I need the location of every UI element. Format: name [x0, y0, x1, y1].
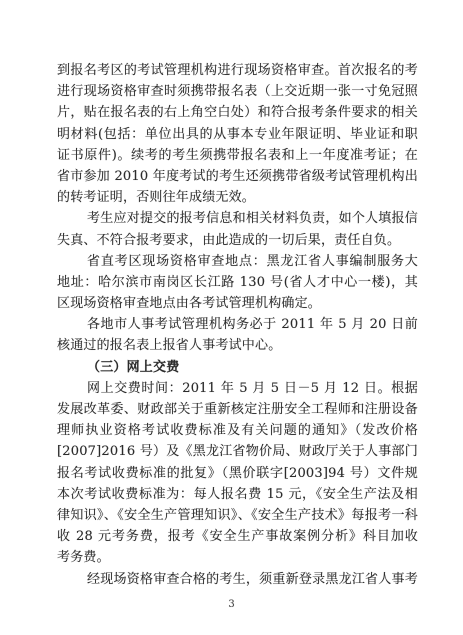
- text-line: 理师执业资格考试收费标准及有关问题的通知》（发改价格: [57, 420, 418, 441]
- text-line: 区现场资格审查地点由各考试管理机构确定。: [57, 293, 418, 314]
- text-line: 证书原件)。续考的考生须携带报名表和上一年度准考证；在外: [57, 145, 418, 166]
- text-line: 报名考试收费标准的批复》（黑价联字[2003]94 号）文件规定，: [57, 463, 418, 484]
- text-line: 核通过的报名表上报省人事考试中心。: [57, 335, 418, 356]
- text-line: 收 28 元考务费，报考《安全生产事故案例分析》科目加收 32 元: [57, 526, 418, 547]
- page-number: 3: [0, 598, 463, 612]
- text-line: 进行现场资格审查时须携带报名表（上交近期一张一寸免冠照: [57, 81, 418, 102]
- paragraph: 各地市人事考试管理机构务必于 2011 年 5 月 20 日前将审 核通过的报名…: [57, 314, 418, 356]
- paragraph: 到报名考区的考试管理机构进行现场资格审查。首次报名的考生 进行现场资格审查时须携…: [57, 60, 418, 208]
- text-line: 各地市人事考试管理机构务必于 2011 年 5 月 20 日前将审: [57, 314, 418, 335]
- document-page: 到报名考区的考试管理机构进行现场资格审查。首次报名的考生 进行现场资格审查时须携…: [0, 0, 463, 635]
- text-line: 失真、不符合报考要求，由此造成的一切后果，责任自负。: [57, 230, 418, 251]
- text-line: 省市参加 2010 年度考试的考生还须携带省级考试管理机构出具: [57, 166, 418, 187]
- text-line: [2007]2016 号）及《黑龙江省物价局、财政厅关于人事部门资格: [57, 441, 418, 462]
- paragraph: 省直考区现场资格审查地点：黑龙江省人事编制服务大厅， 地址：哈尔滨市南岗区长江路…: [57, 251, 418, 315]
- paragraph: 考生应对提交的报考信息和相关材料负责，如个人填报信息 失真、不符合报考要求，由此…: [57, 208, 418, 250]
- paragraph: 经现场资格审查合格的考生，须重新登录黑龙江省人事考试: [57, 569, 418, 590]
- section: （三）网上交费: [57, 357, 418, 378]
- text-line: 明材料(包括：单位出具的从事本专业年限证明、毕业证和职称: [57, 124, 418, 145]
- text-line: 的转考证明，否则往年成绩无效。: [57, 187, 418, 208]
- paragraph: 网上交费时间：2011 年 5 月 5 日－5 月 12 日。根据《国家 发展改…: [57, 378, 418, 569]
- text-line: 省直考区现场资格审查地点：黑龙江省人事编制服务大厅，: [57, 251, 418, 272]
- text-line: 考生应对提交的报考信息和相关材料负责，如个人填报信息: [57, 208, 418, 229]
- text-line: 到报名考区的考试管理机构进行现场资格审查。首次报名的考生: [57, 60, 418, 81]
- section-heading: （三）网上交费: [57, 357, 418, 378]
- text-line: 网上交费时间：2011 年 5 月 5 日－5 月 12 日。根据《国家: [57, 378, 418, 399]
- text-line: 地址：哈尔滨市南岗区长江路 130 号(省人才中心一楼)，其他考: [57, 272, 418, 293]
- text-line: 本次考试收费标准为：每人报名费 15 元，《安全生产法及相关法: [57, 484, 418, 505]
- document-body: 到报名考区的考试管理机构进行现场资格审查。首次报名的考生 进行现场资格审查时须携…: [57, 60, 418, 590]
- text-line: 发展改革委、财政部关于重新核定注册安全工程师和注册设备监: [57, 399, 418, 420]
- text-line: 片，贴在报名表的右上角空白处）和符合报考条件要求的相关证: [57, 102, 418, 123]
- text-line: 考务费。: [57, 547, 418, 568]
- text-line: 经现场资格审查合格的考生，须重新登录黑龙江省人事考试: [57, 569, 418, 590]
- text-line: 律知识》、《安全生产管理知识》、《安全生产技术》每报考一科加: [57, 505, 418, 526]
